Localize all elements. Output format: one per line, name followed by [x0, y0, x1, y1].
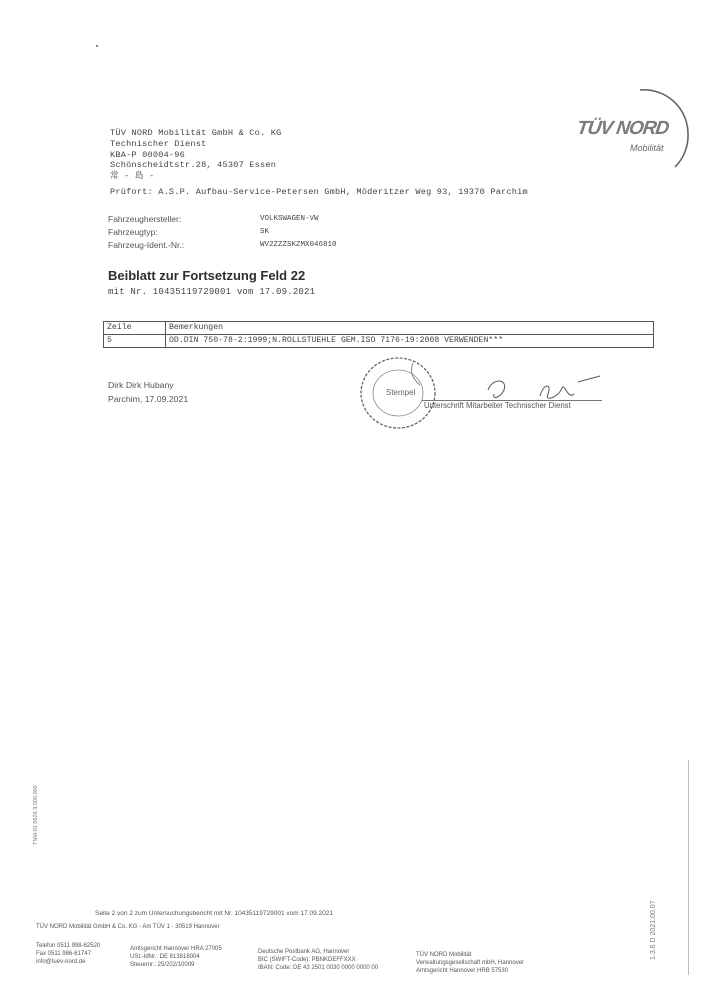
- footer-contact: Telefon 0511 998-62520 Fax 0511 986-6174…: [36, 942, 100, 966]
- issuer-line: KBA-P 00004-96: [110, 150, 281, 161]
- footer-line: info@tuev-nord.de: [36, 958, 100, 966]
- table-cell: OD.DIN 750-78-2:1999;N.ROLLSTUEHLE GEM.I…: [166, 335, 654, 348]
- footer-line: BIC (SWIFT-Code): PBNKDEFFXXX: [258, 956, 378, 964]
- vehicle-row: Fahrzeug-Ident.-Nr.: WV2ZZZSKZMX046810: [108, 239, 337, 252]
- footer-line: Amtsgericht Hannover HRB 57530: [416, 967, 524, 975]
- signer-block: Dirk Dirk Hubany Parchim, 17.09.2021: [108, 378, 188, 406]
- footer-line: TÜV NORD Mobilität: [416, 951, 524, 959]
- form-code-right: 1.3.6 D 2021.00.07: [650, 900, 657, 960]
- document-subtitle: mit Nr. 10435119729001 vom 17.09.2021: [108, 287, 315, 297]
- table-cell: 5: [104, 335, 166, 348]
- column-header: Bemerkungen: [166, 322, 654, 335]
- footer-registry: Amtsgericht Hannover HRA 27005 USt.-IdNr…: [130, 945, 222, 969]
- footer-line: USt.-IdNr.: DE 813818004: [130, 953, 222, 961]
- footer-bank: Deutsche Postbank AG, Hannover BIC (SWIF…: [258, 948, 378, 972]
- issuer-line: Schönscheidtstr.28, 45307 Essen: [110, 160, 281, 171]
- footer-line: Steuernr.: 25/202/10009: [130, 961, 222, 969]
- scan-speck: [96, 45, 98, 47]
- vehicle-value: SK: [260, 226, 269, 239]
- vehicle-row: Fahrzeugtyp: SK: [108, 226, 337, 239]
- vehicle-value: VOLKSWAGEN-VW: [260, 213, 319, 226]
- remarks-table: Zeile Bemerkungen 5 OD.DIN 750-78-2:1999…: [103, 321, 654, 348]
- footer-company: TÜV NORD Mobilität GmbH & Co. KG - Am TÜ…: [36, 924, 220, 930]
- footer-line: Telefon 0511 998-62520: [36, 942, 100, 950]
- vehicle-label: Fahrzeughersteller:: [108, 213, 260, 226]
- vehicle-value: WV2ZZZSKZMX046810: [260, 239, 337, 252]
- vehicle-label: Fahrzeug-Ident.-Nr.:: [108, 239, 260, 252]
- logo-subtitle: Mobilität: [630, 143, 664, 153]
- form-code-left: TNM-01 0626 3.500.000: [33, 785, 39, 845]
- issuer-line: 常 - 島 -: [110, 171, 281, 182]
- signer-name: Dirk Dirk Hubany: [108, 378, 188, 392]
- issuer-line: TÜV NORD Mobilität GmbH & Co. KG: [110, 128, 281, 139]
- signature-caption: Unterschrift Mitarbeiter Technischer Die…: [424, 401, 571, 410]
- stamp-label: Stempel: [386, 388, 416, 397]
- footer-line: Verwaltungsgesellschaft mbH, Hannover: [416, 959, 524, 967]
- page-footer-reference: Seite 2 von 2 zum Untersuchungsbericht m…: [95, 910, 333, 917]
- table-row: 5 OD.DIN 750-78-2:1999;N.ROLLSTUEHLE GEM…: [104, 335, 654, 348]
- vehicle-label: Fahrzeugtyp:: [108, 226, 260, 239]
- footer-line: Deutsche Postbank AG, Hannover: [258, 948, 378, 956]
- footer-line: Fax 0511 986-61747: [36, 950, 100, 958]
- test-location: Prüfort: A.S.P. Aufbau-Service-Petersen …: [110, 187, 528, 197]
- document-title: Beiblatt zur Fortsetzung Feld 22: [108, 268, 305, 283]
- footer-management: TÜV NORD Mobilität Verwaltungsgesellscha…: [416, 951, 524, 975]
- vehicle-row: Fahrzeughersteller: VOLKSWAGEN-VW: [108, 213, 337, 226]
- column-header: Zeile: [104, 322, 166, 335]
- logo-wordmark: TÜV NORD: [575, 118, 669, 140]
- vehicle-info: Fahrzeughersteller: VOLKSWAGEN-VW Fahrze…: [108, 213, 337, 252]
- issuer-line: Technischer Dienst: [110, 139, 281, 150]
- stamp-icon: Stempel: [358, 355, 440, 431]
- signer-place-date: Parchim, 17.09.2021: [108, 392, 188, 406]
- table-header-row: Zeile Bemerkungen: [104, 322, 654, 335]
- margin-rule: [688, 760, 689, 975]
- issuer-address: TÜV NORD Mobilität GmbH & Co. KG Technis…: [110, 128, 281, 182]
- footer-line: IBAN: Code: DE 43 2501 0030 0000 0000 00: [258, 964, 378, 972]
- footer-line: Amtsgericht Hannover HRA 27005: [130, 945, 222, 953]
